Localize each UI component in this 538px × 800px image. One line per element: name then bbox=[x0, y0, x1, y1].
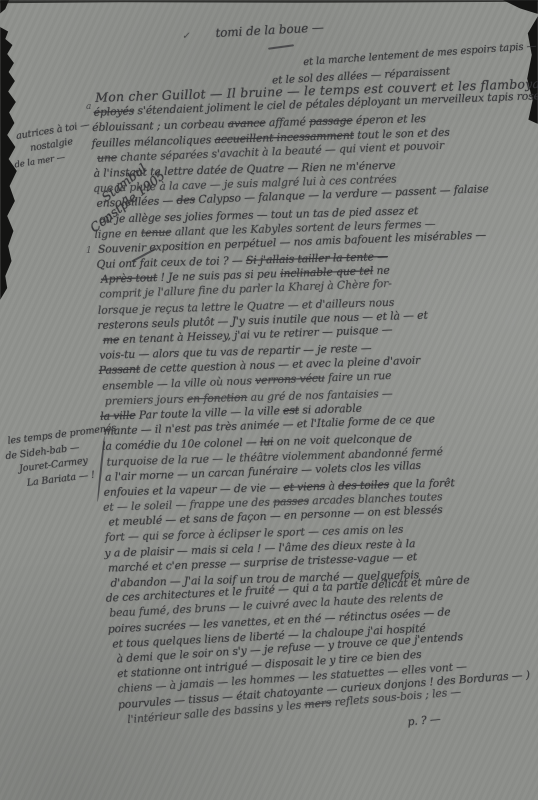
manuscript-text-segment: tenue bbox=[141, 225, 172, 239]
manuscript-text-segment: en fonction bbox=[187, 391, 248, 406]
insertion-mark: ✓ bbox=[182, 31, 190, 41]
top-annotation-2: et la marche lentement de mes espoirs ta… bbox=[303, 41, 537, 68]
margin-note-nostalgie: autrices à toi — nostalgie de la mer — bbox=[15, 118, 95, 171]
manuscript-text-segment: des bbox=[176, 193, 195, 207]
manuscript-text-segment: lui bbox=[260, 435, 274, 448]
manuscript-text-segment: p. ? — bbox=[407, 712, 441, 728]
manuscript-text-segment: faire un rue bbox=[324, 368, 391, 383]
top-annotation-1-text: tomi de la boue — bbox=[215, 20, 324, 40]
manuscript-text-segment: la ville bbox=[100, 409, 136, 423]
manuscript-text-segment: au gré de nos fantaisies — bbox=[247, 387, 393, 404]
manuscript-text-segment: ensoleillées — bbox=[96, 194, 177, 210]
scan-edge-top bbox=[0, 0, 538, 4]
manuscript-text-segment: affamé bbox=[265, 115, 309, 129]
manuscript-text-segment: éployés bbox=[93, 105, 134, 120]
manuscript-body: Mon cher Guillot — Il bruine — le temps … bbox=[90, 76, 538, 739]
manuscript-text-segment: Passant bbox=[99, 363, 141, 377]
manuscript-text-segment: éperon et les bbox=[352, 112, 426, 127]
manuscript-text-segment: Si j'allais tailler la tente — bbox=[246, 250, 388, 267]
manuscript-text-segment: Après tout bbox=[101, 271, 158, 286]
manuscript-text-segment: et viens bbox=[283, 480, 325, 494]
manuscript-text-segment: premiers jours bbox=[105, 392, 187, 407]
manuscript-text-segment: Qui ont fait ceux de toi ? — bbox=[96, 254, 246, 271]
top-annotation-1: ✓tomi de la boue — bbox=[182, 20, 324, 41]
manuscript-text-segment: verrons vécu bbox=[255, 371, 325, 387]
scanned-letter-page: ✓tomi de la boue — et la marche lentemen… bbox=[0, 0, 538, 800]
manuscript-text-segment: éblouissant ; un corbeau bbox=[92, 118, 228, 135]
manuscript-text-segment: mers bbox=[304, 696, 332, 711]
manuscript-text-segment: avance bbox=[228, 117, 266, 131]
manuscript-text-segment: à bbox=[325, 479, 338, 492]
margin-mark-1: 1 bbox=[86, 246, 92, 256]
manuscript-text-segment: est bbox=[283, 404, 299, 417]
manuscript-text-segment: une bbox=[97, 151, 117, 165]
pen-stroke-under-annotation bbox=[268, 44, 294, 49]
scan-edge-top-right bbox=[498, 0, 538, 14]
manuscript-text-segment: me bbox=[103, 333, 120, 347]
manuscript-text-segment: ligne en bbox=[94, 226, 141, 240]
manuscript-line: p. ? — bbox=[407, 700, 538, 729]
manuscript-text-segment: passage bbox=[309, 114, 353, 128]
